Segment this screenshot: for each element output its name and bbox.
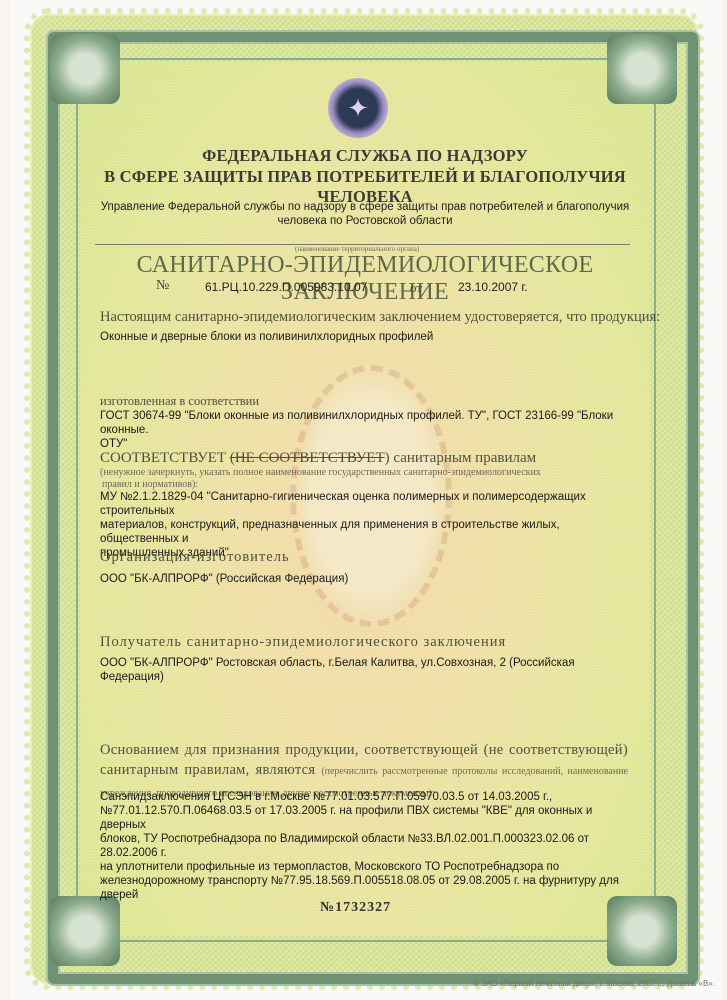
product-name: Оконные и дверные блоки из поливинилхлор…	[100, 330, 630, 344]
basis-line: №77.01.12.570.П.06468.03.5 от 17.03.2005…	[100, 804, 640, 832]
basis-line: Санэпидзаключения ЦГСЭН в г.Москве №77.0…	[100, 790, 640, 804]
manufacturer-value: ООО "БК-АЛПРОРФ" (Российская Федерация)	[100, 572, 630, 586]
territorial-body-line1: Управление Федеральной службы по надзору…	[95, 200, 635, 214]
territorial-body-line2: человека по Ростовской области	[95, 214, 635, 228]
not-complies-struck-text: (НЕ СООТВЕТСТВУЕТ	[230, 450, 385, 466]
territorial-body: Управление Федеральной службы по надзору…	[95, 200, 635, 228]
rules-line: материалов, конструкций, предназначенных…	[100, 518, 630, 546]
date-prefix: от	[410, 280, 422, 296]
certificate-content: ✦ ФЕДЕРАЛЬНАЯ СЛУЖБА ПО НАДЗОРУ В СФЕРЕ …	[0, 0, 727, 1000]
basis-line: блоков, ТУ Роспотребнадзора по Владимирс…	[100, 832, 640, 860]
serial-number: №1732327	[320, 900, 391, 916]
note-line: (ненужное зачеркнуть, указать полное наи…	[100, 467, 620, 479]
manufacturer-label: Организация-изготовитель	[100, 549, 290, 566]
compliance-note: (ненужное зачеркнуть, указать полное наи…	[100, 467, 620, 491]
basis-line: на уплотнители профильные из термопласто…	[100, 860, 640, 874]
number-sign: №	[156, 278, 169, 294]
standards-line: ОТУ"	[100, 437, 630, 451]
agency-title-line1: ФЕДЕРАЛЬНАЯ СЛУЖБА ПО НАДЗОРУ	[80, 146, 650, 166]
hologram-emblem-icon: ✦	[328, 78, 388, 138]
product-intro: Настоящим санитарно-эпидемиологическим з…	[100, 309, 660, 326]
manufactured-standards: ГОСТ 30674-99 "Блоки оконные из поливини…	[100, 409, 630, 451]
compliance-status: СООТВЕТСТВУЕТ (НЕ СООТВЕТСТВУЕТ) санитар…	[100, 450, 536, 467]
rules-line: МУ №2.1.2.1829-04 "Санитарно-гигиеническ…	[100, 490, 630, 518]
recipient-value: ООО "БК-АЛПРОРФ" Ростовская область, г.Б…	[100, 656, 630, 684]
standards-line: ГОСТ 30674-99 "Блоки оконные из поливини…	[100, 409, 630, 437]
printer-imprint: © ЗАО «Первый печатный двор», г. Москва,…	[473, 979, 715, 988]
basis-line: железнодорожному транспорту №77.95.18.56…	[100, 874, 640, 902]
basis-documents: Санэпидзаключения ЦГСЭН в г.Москве №77.0…	[100, 790, 640, 902]
compliance-suffix: ) санитарным правилам	[385, 450, 536, 466]
complies-text: СООТВЕТСТВУЕТ	[100, 450, 226, 466]
recipient-label: Получатель санитарно-эпидемиологического…	[100, 634, 506, 651]
manufactured-label: изготовленная в соответствии	[100, 394, 259, 409]
document-number: 61.РЦ.10.229.П.005983.10.07	[205, 280, 367, 294]
document-date: 23.10.2007 г.	[458, 280, 528, 294]
